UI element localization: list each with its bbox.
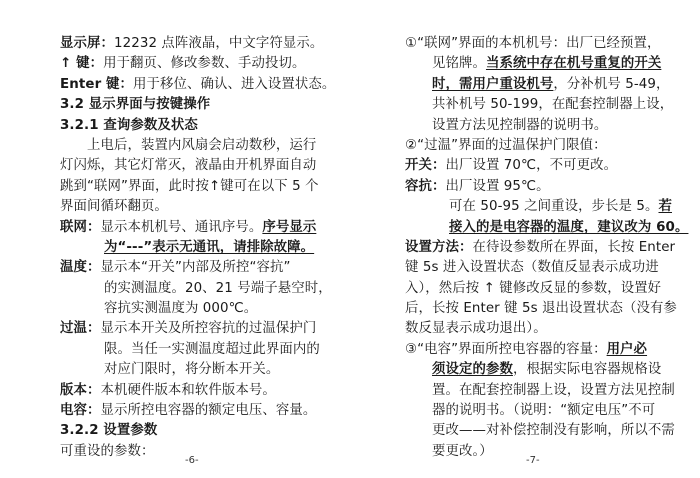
page-7: ①“联网”界面的本机机号：出厂已经预置， 见铭牌。当系统中存在机号重复的开关 时… [405, 34, 683, 462]
list-item-3: ③“电容”界面所控电容器的容量：用户必 [405, 340, 683, 360]
emphasis-note: 时，需用户重设机号 [432, 77, 553, 92]
item-temperature-cont: 的实测温度。20、21 号端子悬空时， [60, 279, 330, 299]
circled-number-icon: ② [405, 138, 417, 153]
setting-method: 设置方法：在待设参数所在界面，长按 Enter [405, 238, 683, 258]
term-label: 版本： [60, 383, 100, 398]
paragraph-line: 跳到“联网”界面，此时按↑键可在以下 5 个 [60, 177, 330, 197]
term-label: ↑ 键： [60, 56, 103, 71]
emphasis-note: 若 [659, 199, 673, 214]
circled-number-icon: ③ [405, 342, 417, 357]
paragraph-line: 界面间循环翻页。 [60, 197, 330, 217]
emphasis-note: 当系统中存在机号重复的开关 [486, 56, 661, 71]
page-number: -7- [526, 455, 540, 466]
list-item-1-cont: 时，需用户重设机号，分补机号 5-49， [405, 75, 683, 95]
list-item-1-cont: 共补机号 50-199，在配套控制器上设， [405, 95, 683, 115]
setting-method-cont: 入），然后按 ↑ 键修改反显的参数，设置好 [405, 279, 683, 299]
setting-method-cont: 后，长按 Enter 键 5s 退出设置状态（没有参 [405, 299, 683, 319]
term-label: 过温： [60, 321, 100, 336]
item-switch: 开关：出厂设置 70℃，不可更改。 [405, 156, 683, 176]
item-overtemp-cont: 对应门限时，将分断本开关。 [60, 360, 330, 380]
spec-line-enter-key: Enter 键：用于移位、确认、进入设置状态。 [60, 75, 330, 95]
paragraph-line: 灯闪烁，其它灯常灭，液晶由开机界面自动 [60, 156, 330, 176]
page-6: 显示屏：12232 点阵液晶，中文字符显示。 ↑ 键：用于翻页、修改参数、手动投… [60, 34, 330, 462]
emphasis-note: 须设定的参数 [432, 362, 513, 377]
item-version: 版本：本机硬件版本和软件版本号。 [60, 381, 330, 401]
paragraph-line: 上电后，装置内风扇会启动数秒，运行 [60, 136, 330, 156]
emphasis-note: 接入的是电容器的温度，建议改为 60。 [449, 220, 688, 235]
item-reactor-cont: 可在 50-95 之间重设，步长是 5。若 [405, 197, 683, 217]
list-item-1-cont: 设置方法见控制器的说明书。 [405, 116, 683, 136]
term-label: 开关： [405, 158, 445, 173]
spec-line-up-key: ↑ 键：用于翻页、修改参数、手动投切。 [60, 54, 330, 74]
section-heading-3-2-2: 3.2.2 设置参数 [60, 421, 330, 441]
item-temperature: 温度：显示本“开关”内部及所控“容抗” [60, 258, 330, 278]
list-item-3-cont: 须设定的参数，根据实际电容器规格设 [405, 360, 683, 380]
item-overtemp: 过温：显示本开关及所控容抗的过温保护门 [60, 319, 330, 339]
term-label: 显示屏： [60, 36, 114, 51]
term-label: 温度： [60, 260, 100, 275]
item-overtemp-cont: 限。当任一实测温度超过此界面内的 [60, 340, 330, 360]
setting-method-cont: 键 5s 进入设置状态（数值反显表示成功进 [405, 258, 683, 278]
section-heading-3-2-1: 3.2.1 查询参数及状态 [60, 116, 330, 136]
term-label: 设置方法： [405, 240, 472, 255]
item-reactor-cont: 接入的是电容器的温度，建议改为 60。 [405, 218, 683, 238]
term-label: 电容： [60, 403, 100, 418]
item-network-cont: 为“---”表示无通讯，请排除故障。 [60, 238, 330, 258]
spec-line-display: 显示屏：12232 点阵液晶，中文字符显示。 [60, 34, 330, 54]
list-item-3-cont: 要更改。） [405, 442, 683, 462]
list-item-2: ②“过温”界面的过温保护门限值： [405, 136, 683, 156]
emphasis-note: 序号显示 [262, 220, 316, 235]
list-item-1-cont: 见铭牌。当系统中存在机号重复的开关 [405, 54, 683, 74]
page-number: -6- [185, 455, 199, 466]
list-item-3-cont: 器的说明书。（说明：“额定电压”不可 [405, 401, 683, 421]
item-capacitor: 电容：显示所控电容器的额定电压、容量。 [60, 401, 330, 421]
term-label: 容抗： [405, 179, 445, 194]
list-item-1: ①“联网”界面的本机机号：出厂已经预置， [405, 34, 683, 54]
emphasis-note: 为“---”表示无通讯，请排除故障。 [104, 240, 314, 255]
item-network: 联网：显示本机机号、通讯序号。序号显示 [60, 218, 330, 238]
term-label: Enter 键： [60, 77, 133, 92]
list-item-3-cont: 置。在配套控制器上设，设置方法见控制 [405, 381, 683, 401]
emphasis-note: 用户必 [607, 342, 647, 357]
item-temperature-cont: 容抗实测温度为 000℃。 [60, 299, 330, 319]
term-label: 联网： [60, 220, 100, 235]
section-heading-3-2: 3.2 显示界面与按键操作 [60, 95, 330, 115]
setting-method-cont: 数反显表示成功退出）。 [405, 319, 683, 339]
list-item-3-cont: 更改——对补偿控制没有影响，所以不需 [405, 421, 683, 441]
circled-number-icon: ① [405, 36, 417, 51]
item-reactor: 容抗：出厂设置 95℃。 [405, 177, 683, 197]
